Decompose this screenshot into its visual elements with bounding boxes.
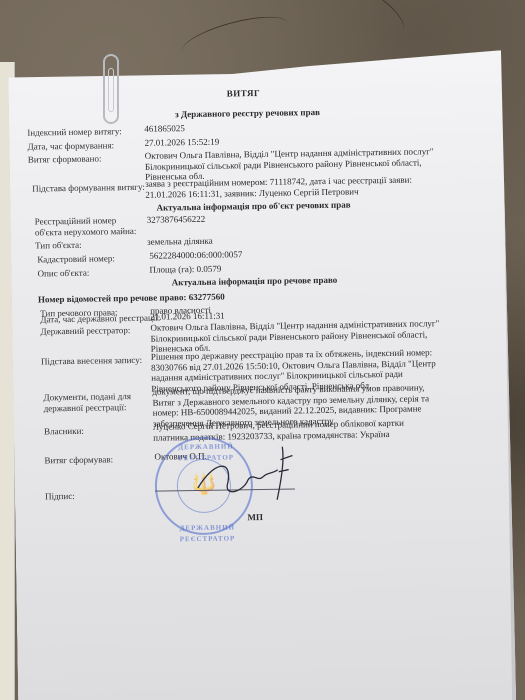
- registration-date-label: Дата, час державної реєстрації:: [40, 313, 160, 325]
- handwritten-signature: [192, 441, 303, 503]
- documents-label: Документи, подані для державної реєстрац…: [43, 391, 148, 414]
- record-number-label: Номер відомостей про речове право:: [38, 292, 187, 304]
- basis-value: заява з реєстраційним номером: 71118742,…: [145, 174, 435, 200]
- cadastral-number-value: 5622284000:06:000:0057: [149, 249, 242, 261]
- formed-by-footer-label: Витяг сформував:: [44, 454, 113, 466]
- document: ВИТЯГ з Державного реєстру речових прав …: [0, 0, 525, 700]
- stamp-bottom-text: ДЕРЖАВНИЙ РЕЄСТРАТОР: [179, 522, 251, 544]
- record-number-row: Номер відомостей про речове право: 63277…: [38, 292, 225, 305]
- registration-date-value: 21.01.2026 16:11:31: [150, 311, 225, 323]
- document-subtitle: з Державного реєстру речових прав: [175, 107, 320, 120]
- state-registrar-label: Державний реєстратор:: [40, 325, 130, 337]
- object-reg-number-label: Реєстраційний номер об'єкта нерухомого м…: [35, 215, 140, 238]
- object-description-value: Площа (га): 0.0579: [149, 264, 221, 276]
- basis-label: Підстава формування витягу:: [32, 182, 145, 194]
- seal-label: МП: [247, 512, 263, 523]
- record-number-value: 63277560: [189, 292, 225, 303]
- object-type-label: Тип об'єкта:: [35, 240, 82, 251]
- object-section-heading: Актуальна інформація про об'єкт речових …: [156, 200, 350, 214]
- object-type-value: земельна ділянка: [147, 236, 213, 248]
- index-number-value: 461865025: [144, 123, 185, 134]
- formation-date-label: Дата, час формування:: [27, 140, 114, 152]
- formed-by-label: Витяг сформовано:: [28, 153, 102, 165]
- paperclip: [103, 54, 119, 124]
- entry-basis-label: Підстава внесення запису:: [41, 355, 142, 367]
- right-section-heading: Актуальна інформація про речове право: [172, 275, 338, 288]
- cadastral-number-label: Кадастровий номер:: [37, 253, 115, 265]
- formation-date-value: 27.01.2026 15:52:19: [144, 137, 219, 149]
- object-description-label: Опис об'єкта:: [37, 268, 89, 279]
- object-reg-number-value: 3273876456222: [147, 214, 206, 225]
- document-title: ВИТЯГ: [227, 88, 261, 99]
- index-number-label: Індексний номер витягу:: [27, 126, 122, 138]
- signature-label: Підпис:: [45, 491, 75, 502]
- owners-label: Власники:: [44, 426, 84, 437]
